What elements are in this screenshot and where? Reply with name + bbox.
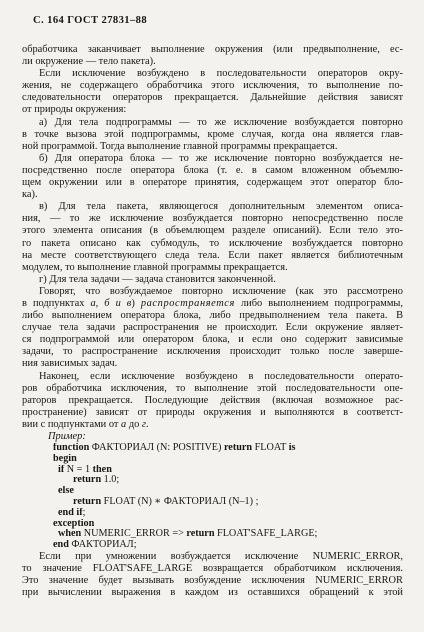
text-line: б) Для оператора блока — то же исключени… (22, 153, 403, 165)
text-line: в подпунктах а, б и в) распространяется … (22, 298, 403, 310)
text-segment: ) (131, 298, 141, 309)
text-line: то значение FLOAT'SAFE_LARGE возвращаетс… (22, 563, 403, 575)
text-segment: ния, — то же исключение возбуждается пов… (22, 213, 403, 224)
text-segment: FLOAT'SAFE_LARGE; (215, 529, 318, 539)
text-line: when NUMERIC_ERROR => return FLOAT'SAFE_… (22, 529, 403, 540)
code-block: function ФАКТОРИАЛ (N: POSITIVE) return … (22, 443, 403, 551)
page-body: обработчика заканчивает выполнение окруж… (22, 44, 403, 599)
text-line: Говорят, что возбуждаемое повторно исклю… (22, 286, 403, 298)
text-segment: б) Для оператора блока — то же исключени… (39, 153, 403, 164)
document-page: С. 164 ГОСТ 27831–88 обработчика заканчи… (0, 0, 424, 632)
paragraph: в) Для тела пакета, являющегося дополнит… (22, 201, 403, 274)
text-segment: на месте соответствующего следа тела. Ес… (22, 250, 403, 261)
text-segment: return (73, 475, 101, 485)
text-segment: when (58, 529, 81, 539)
text-line: ния зависимых задач. (22, 358, 403, 370)
text-line: Если при умножении возбуждается исключен… (22, 551, 403, 563)
paragraph: г) Для тела задачи — задача становится з… (22, 274, 403, 286)
text-segment: задачи, то распространение исключения пр… (22, 346, 403, 357)
text-line: return 1.0; (22, 475, 403, 486)
text-segment: г) Для тела задачи — задача становится з… (39, 274, 276, 285)
text-segment: Если исключение возбуждено в последовате… (39, 68, 403, 79)
text-segment: щем окружении или в операторе принятия, … (22, 177, 403, 188)
text-line: Это значение будет вызывать возбуждение … (22, 575, 403, 587)
text-line: Наконец, если исключение возбуждено в по… (22, 371, 403, 383)
text-line: ли окружение — тело пакета). (22, 56, 403, 68)
text-line: ров обработчика исключения, то выполнени… (22, 383, 403, 395)
paragraph: Наконец, если исключение возбуждено в по… (22, 371, 403, 431)
text-line: го пакета описано как субмодуль, то искл… (22, 238, 403, 250)
text-segment: случае тела задачи распространения не пр… (22, 322, 403, 333)
text-line: при вычислении выражения в каждом из ост… (22, 587, 403, 599)
text-segment: при вычислении выражения в каждом из ост… (22, 587, 403, 598)
text-line: раторов прекращается. Последующие действ… (22, 395, 403, 407)
text-segment: посредственно после оператора блока (т. … (22, 165, 403, 176)
text-segment: в подпунктах (22, 298, 90, 309)
text-segment: Это значение будет вызывать возбуждение … (22, 575, 403, 586)
text-segment: обработчика заканчивает выполнение окруж… (22, 44, 403, 55)
example-label: Пример: (22, 431, 403, 443)
text-segment: от природы окружения: (22, 104, 126, 115)
text-segment: ли окружение — тело пакета). (22, 56, 156, 67)
text-segment: begin (53, 454, 77, 464)
text-line: exception (22, 519, 403, 530)
text-segment: ; (83, 508, 86, 518)
text-segment: N = 1 (64, 465, 92, 475)
text-line: задачи, то распространение исключения пр… (22, 346, 403, 358)
text-segment: Если при умножении возбуждается исключен… (39, 551, 403, 562)
text-segment: ся подпрограммой или оператором блока, и… (22, 334, 403, 345)
text-line: жения, не содержащего обработчика этого … (22, 80, 403, 92)
text-line: обработчика заканчивает выполнение окруж… (22, 44, 403, 56)
text-line: end if; (22, 508, 403, 519)
text-segment: return (224, 443, 252, 453)
text-line: else (22, 486, 403, 497)
paragraph: а) Для тела подпрограммы — то же исключе… (22, 117, 403, 153)
text-line: модулем, то выполнение главной программы… (22, 262, 403, 274)
paragraph: обработчика заканчивает выполнение окруж… (22, 44, 403, 68)
text-segment: ФАКТОРИАЛ; (69, 540, 137, 550)
text-line: в) Для тела пакета, являющегося дополнит… (22, 201, 403, 213)
text-line: пространение) зависят от природы окружен… (22, 407, 403, 419)
text-line: return FLOAT (N) ∗ ФАКТОРИАЛ (N–1) ; (22, 497, 403, 508)
text-segment: function (53, 443, 89, 453)
text-segment: NUMERIC_ERROR => (81, 529, 186, 539)
text-segment: . (146, 419, 149, 430)
text-segment: этого элемента описания (в объемлющем ра… (22, 225, 403, 236)
text-segment: раторов прекращается. Последующие действ… (22, 395, 403, 406)
text-line: либо выполнением оператора блока, либо п… (22, 310, 403, 322)
text-segment: пространение) зависят от природы окружен… (22, 407, 403, 418)
text-line: от природы окружения: (22, 104, 403, 116)
text-line: г) Для тела задачи — задача становится з… (22, 274, 403, 286)
text-segment: 1.0; (101, 475, 119, 485)
text-line: следовательности операторов прекращается… (22, 92, 403, 104)
text-segment: FLOAT (N) ∗ ФАКТОРИАЛ (N–1) ; (101, 497, 258, 507)
text-segment: то значение FLOAT'SAFE_LARGE возвращаетс… (22, 563, 403, 574)
text-segment: Наконец, если исключение возбуждено в по… (39, 371, 403, 382)
text-line: ной программой. Тогда выполнение главной… (22, 141, 403, 153)
text-line: а) Для тела подпрограммы — то же исключе… (22, 117, 403, 129)
text-line: begin (22, 454, 403, 465)
text-segment: end if (58, 508, 83, 518)
text-line: ка). (22, 189, 403, 201)
text-segment: модулем, то выполнение главной программы… (22, 262, 288, 273)
text-line: Пример: (22, 431, 403, 443)
text-segment: вии с подпунктами от (22, 419, 121, 430)
text-segment: ной программой. Тогда выполнение главной… (22, 141, 337, 152)
text-segment: ров обработчика исключения, то выполнени… (22, 383, 403, 394)
text-line: Если исключение возбуждено в последовате… (22, 68, 403, 80)
text-segment: либо выполнением оператора блока, либо п… (22, 310, 403, 321)
text-segment: в точке вызова этой подпрограммы, кроме … (22, 129, 403, 140)
text-segment: ка). (22, 189, 38, 200)
text-segment: распространяется (141, 298, 235, 309)
text-segment: ФАКТОРИАЛ (N: POSITIVE) (89, 443, 224, 453)
text-segment: до (126, 419, 142, 430)
text-segment: is (289, 443, 296, 453)
text-line: посредственно после оператора блока (т. … (22, 165, 403, 177)
text-segment: следовательности операторов прекращается… (22, 92, 403, 103)
text-segment: а) Для тела подпрограммы — то же исключе… (39, 117, 403, 128)
text-line: вии с подпунктами от а до г. (22, 419, 403, 431)
paragraph: б) Для оператора блока — то же исключени… (22, 153, 403, 201)
text-line: случае тела задачи распространения не пр… (22, 322, 403, 334)
text-segment: Говорят, что возбуждаемое повторно исклю… (39, 286, 403, 297)
text-segment: end (53, 540, 69, 550)
text-segment: exception (53, 519, 94, 529)
paragraph: Если при умножении возбуждается исключен… (22, 551, 403, 599)
text-segment: либо выполнением подпрограммы, (235, 298, 403, 309)
text-line: function ФАКТОРИАЛ (N: POSITIVE) return … (22, 443, 403, 454)
text-segment: return (73, 497, 101, 507)
text-segment: ния зависимых задач. (22, 358, 117, 369)
text-line: ния, — то же исключение возбуждается пов… (22, 213, 403, 225)
text-segment: then (93, 465, 112, 475)
text-segment: го пакета описано как субмодуль, то искл… (22, 238, 403, 249)
text-line: end ФАКТОРИАЛ; (22, 540, 403, 551)
text-line: ся подпрограммой или оператором блока, и… (22, 334, 403, 346)
paragraph: Говорят, что возбуждаемое повторно исклю… (22, 286, 403, 371)
text-line: в точке вызова этой подпрограммы, кроме … (22, 129, 403, 141)
text-segment: а, б и в (90, 298, 131, 309)
text-line: щем окружении или в операторе принятия, … (22, 177, 403, 189)
text-segment: FLOAT (252, 443, 289, 453)
text-segment: в) Для тела пакета, являющегося дополнит… (39, 201, 403, 212)
text-segment: else (58, 486, 74, 496)
paragraph: Если исключение возбуждено в последовате… (22, 68, 403, 116)
text-segment: return (186, 529, 214, 539)
text-segment: жения, не содержащего обработчика этого … (22, 80, 403, 91)
text-line: if N = 1 then (22, 465, 403, 476)
text-line: на месте соответствующего следа тела. Ес… (22, 250, 403, 262)
text-line: этого элемента описания (в объемлющем ра… (22, 225, 403, 237)
page-header: С. 164 ГОСТ 27831–88 (33, 15, 147, 26)
text-segment: Пример: (48, 431, 86, 442)
